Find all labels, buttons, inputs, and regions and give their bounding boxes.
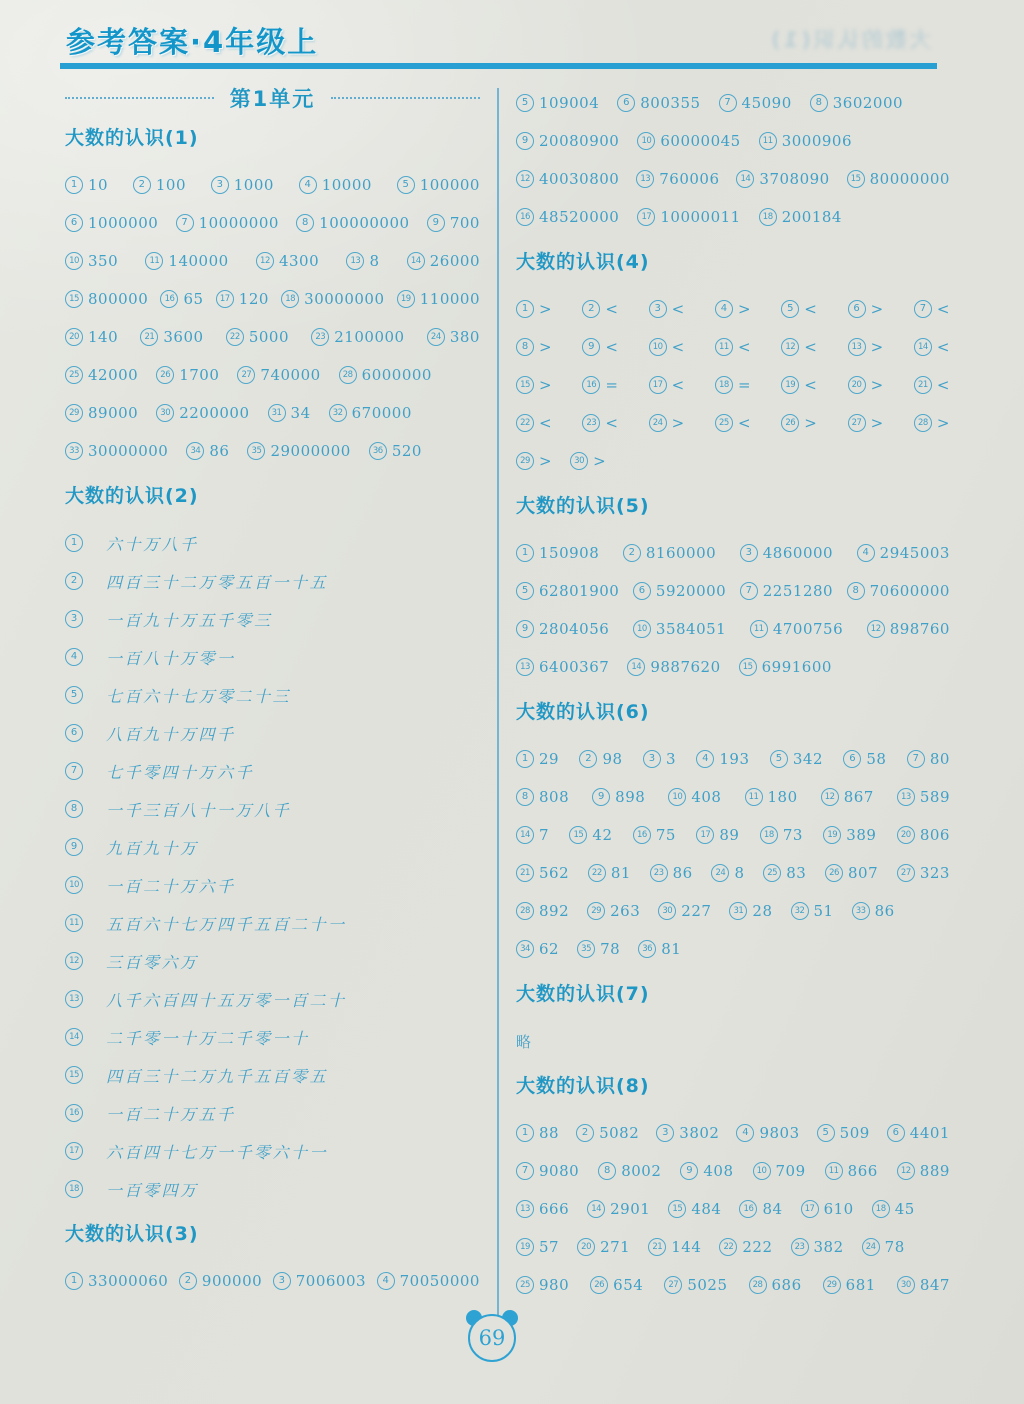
circled-number: 11 [750, 620, 768, 638]
answer-item: 2989000 [65, 404, 138, 422]
answer-value: 389 [846, 826, 876, 844]
circled-number: 7 [516, 1162, 534, 1180]
answer-item: 11< [715, 338, 751, 356]
circled-number: 19 [516, 1238, 534, 1256]
circled-number: 2 [576, 1124, 594, 1142]
circled-number: 25 [516, 1276, 534, 1294]
circled-number: 16 [516, 208, 534, 226]
answer-value: 81 [661, 940, 681, 958]
answer-value: 271 [600, 1238, 630, 1256]
circled-number: 15 [739, 658, 757, 676]
answer-item: 1426000 [407, 252, 480, 270]
circled-number: 34 [186, 442, 204, 460]
answer-item: 10350 [65, 252, 118, 270]
circled-number: 34 [516, 940, 534, 958]
answer-value: > [738, 300, 751, 318]
circled-number: 15 [847, 170, 865, 188]
circled-number: 20 [897, 826, 915, 844]
answer-row: 346235783681 [516, 930, 950, 968]
answer-value: > [539, 300, 552, 318]
answer-value: < [937, 338, 950, 356]
answer-item: 13> [848, 338, 884, 356]
workbook-answer-page: 大数的认识(1) 参考答案·4年级上 第1单元 大数的认识(1)11021003… [0, 0, 1024, 1404]
circled-number: 14 [587, 1200, 605, 1218]
answer-value: 2804056 [539, 620, 609, 638]
answer-row: 188250823380249803550964401 [516, 1114, 950, 1152]
answer-item: 2281 [588, 864, 631, 882]
answer-value: 62 [539, 940, 559, 958]
answer-value: 3000906 [782, 132, 852, 150]
answer-item: 3251 [791, 902, 834, 920]
answer-item: 5< [781, 300, 817, 318]
answer-item: 110 [65, 176, 108, 194]
answer-row: 79080880029408107091186612889 [516, 1152, 950, 1190]
circled-number: 29 [65, 404, 83, 422]
answer-value: < [605, 414, 618, 432]
circled-number: 14 [914, 338, 932, 356]
answer-item: 79080 [516, 1162, 579, 1180]
circled-number: 6 [633, 582, 651, 600]
answer-value: 2945003 [880, 544, 950, 562]
circled-number: 18 [760, 826, 778, 844]
answer-item: 11866 [825, 1162, 878, 1180]
answer-value: > [871, 376, 884, 394]
circled-number: 21 [140, 328, 158, 346]
answer-value: 2901 [610, 1200, 650, 1218]
answer-item: 14< [914, 338, 950, 356]
note-text: 略 [516, 1031, 531, 1052]
chinese-answer-line: 16一百二十万五千 [65, 1094, 480, 1132]
answer-value: > [871, 338, 884, 356]
answer-item: 29263 [587, 902, 640, 920]
answer-value: 五百六十七万四千五百二十一 [106, 912, 347, 935]
answer-value: 78 [600, 940, 620, 958]
answer-value: 20080900 [539, 132, 619, 150]
answer-value: 10000011 [660, 208, 740, 226]
answer-value: 二千零一十万二千零一十 [106, 1026, 310, 1049]
answer-row: 15800000166517120183000000019110000 [65, 280, 480, 318]
answer-value: 109004 [539, 94, 599, 112]
answer-value: 193 [719, 750, 749, 768]
circled-number: 6 [843, 750, 861, 768]
answer-item: 286000000 [339, 366, 432, 384]
circled-number: 25 [65, 366, 83, 384]
answer-item: 26654 [590, 1276, 643, 1294]
circled-number: 24 [862, 1238, 880, 1256]
answer-item: 92804056 [516, 620, 609, 638]
answer-item: 25980 [516, 1276, 569, 1294]
circled-number: 21 [516, 864, 534, 882]
answer-value: 3602000 [833, 94, 903, 112]
circled-number: 8 [516, 338, 534, 356]
answer-value: 7 [539, 826, 549, 844]
circled-number: 24 [649, 414, 667, 432]
answer-item: 19110000 [397, 290, 480, 308]
header-rule [60, 63, 937, 69]
answer-row: 1240030800137600061437080901580000000 [516, 160, 950, 198]
answer-item: 12< [781, 338, 817, 356]
answer-value: 6991600 [762, 658, 832, 676]
answer-value: 75 [656, 826, 676, 844]
circled-number: 27 [237, 366, 255, 384]
answer-value: 2100000 [334, 328, 404, 346]
circled-number: 9 [680, 1162, 698, 1180]
circled-number: 19 [823, 826, 841, 844]
answer-value: 60000045 [660, 132, 740, 150]
answer-item: 27740000 [237, 366, 320, 384]
chinese-answer-line: 13八千六百四十五万零一百二十 [65, 980, 480, 1018]
answer-item: 25082 [576, 1124, 639, 1142]
answer-value: 四百三十二万零五百一十五 [106, 570, 328, 593]
answer-value: 26000 [430, 252, 480, 270]
answer-value: 342 [793, 750, 823, 768]
answer-item: 3462 [516, 940, 559, 958]
dotted-leader-left [65, 97, 214, 99]
answer-item: 920080900 [516, 132, 619, 150]
answer-row: 2989000302200000313432670000 [65, 394, 480, 432]
section-title: 大数的认识(4) [516, 250, 950, 274]
circled-number: 6 [65, 724, 83, 742]
answer-item: 16= [582, 376, 618, 394]
answer-value: 8002 [621, 1162, 661, 1180]
answer-item: 8808 [516, 788, 569, 806]
answer-item: 1240030800 [516, 170, 619, 188]
answer-value: 408 [691, 788, 721, 806]
answer-value: 898760 [890, 620, 950, 638]
answer-row: 1150908281600003486000042945003 [516, 534, 950, 572]
circled-number: 9 [516, 132, 534, 150]
answer-value: 520 [392, 442, 422, 460]
answer-value: > [871, 414, 884, 432]
circled-number: 7 [65, 762, 83, 780]
answer-value: 58 [866, 750, 886, 768]
chinese-answer-line: 18一百零四万 [65, 1170, 480, 1208]
circled-number: 16 [739, 1200, 757, 1218]
answer-item: 11180 [745, 788, 798, 806]
answer-value: 六十万八千 [106, 532, 199, 555]
circled-number: 25 [715, 414, 733, 432]
circled-number: 9 [516, 620, 534, 638]
circled-number: 10 [637, 132, 655, 150]
answer-row: 14715421675178918731938920806 [516, 816, 950, 854]
answer-item: 5509 [817, 1124, 870, 1142]
circled-number: 14 [65, 1028, 83, 1046]
circled-number: 9 [65, 838, 83, 856]
answer-item: 12889 [897, 1162, 950, 1180]
answer-value: 73 [783, 826, 803, 844]
answer-item: 13760006 [636, 170, 719, 188]
circled-number: 33 [65, 442, 83, 460]
answer-item: 8100000000 [296, 214, 409, 232]
answer-item: 22< [516, 414, 552, 432]
answer-row: 13666142901154841684176101845 [516, 1190, 950, 1228]
answer-item: 3330000000 [65, 442, 168, 460]
circled-number: 1 [516, 750, 534, 768]
answer-item: 11140000 [145, 252, 228, 270]
circled-number: 23 [582, 414, 600, 432]
answer-value: 10 [88, 176, 108, 194]
answer-item: 5342 [770, 750, 823, 768]
answer-value: 1700 [179, 366, 219, 384]
circled-number: 11 [759, 132, 777, 150]
circled-number: 26 [825, 864, 843, 882]
unit-title: 第1单元 [230, 83, 316, 113]
answer-row: 1>2<3<4>5<6>7< [516, 290, 950, 328]
answer-value: > [539, 338, 552, 356]
answer-value: 562 [539, 864, 569, 882]
answer-item: 83602000 [810, 94, 903, 112]
answer-item: 147 [516, 826, 549, 844]
answer-value: < [937, 300, 950, 318]
answer-value: 686 [772, 1276, 802, 1294]
answer-row: 8808989810408111801286713589 [516, 778, 950, 816]
answer-item: 15800000 [65, 290, 148, 308]
answer-value: 86 [875, 902, 895, 920]
answer-row: 5109004680035574509083602000 [516, 84, 950, 122]
unit-heading: 第1单元 [65, 84, 480, 112]
answer-item: 3486 [186, 442, 229, 460]
answer-item: 6> [848, 300, 884, 318]
answer-value: 380 [450, 328, 480, 346]
circled-number: 5 [516, 582, 534, 600]
column-divider [497, 88, 499, 1328]
answer-value: 8 [734, 864, 744, 882]
answer-item: 302200000 [156, 404, 249, 422]
answer-item: 1060000045 [637, 132, 740, 150]
answer-item: 88002 [598, 1162, 661, 1180]
answer-value: 180 [768, 788, 798, 806]
answer-value: 6400367 [539, 658, 609, 676]
answer-item: 1845 [872, 1200, 915, 1218]
answer-item: 10709 [753, 1162, 806, 1180]
circled-number: 8 [598, 1162, 616, 1180]
answer-item: 1> [516, 300, 552, 318]
circled-number: 28 [339, 366, 357, 384]
circled-number: 12 [867, 620, 885, 638]
answer-value: 81 [611, 864, 631, 882]
answer-value: 866 [848, 1162, 878, 1180]
answer-value: 3 [666, 750, 676, 768]
answer-row: 288922926330227312832513386 [516, 892, 950, 930]
answer-item: 21144 [648, 1238, 701, 1256]
answer-item: 2583 [763, 864, 806, 882]
answer-value: 三百零六万 [106, 950, 199, 973]
answer-item: 1873 [760, 826, 803, 844]
answer-item: 33 [643, 750, 676, 768]
answer-value: 7006003 [296, 1272, 366, 1290]
answer-value: 一百二十万六千 [106, 874, 236, 897]
answer-value: 10000000 [199, 214, 279, 232]
answer-value: 28 [752, 902, 772, 920]
answer-item: 275025 [664, 1276, 727, 1294]
circled-number: 4 [377, 1272, 395, 1290]
circled-number: 12 [781, 338, 799, 356]
answer-value: 654 [613, 1276, 643, 1294]
answer-item: 22222 [719, 1238, 772, 1256]
circled-number: 32 [329, 404, 347, 422]
answer-value: 800355 [640, 94, 700, 112]
circled-number: 15 [668, 1200, 686, 1218]
circled-number: 5 [817, 1124, 835, 1142]
circled-number: 11 [745, 788, 763, 806]
circled-number: 17 [637, 208, 655, 226]
circled-number: 1 [65, 176, 83, 194]
answer-item: 72251280 [740, 582, 833, 600]
answer-value: > [593, 452, 606, 470]
section-title: 大数的认识(7) [516, 982, 950, 1006]
answer-value: 29 [539, 750, 559, 768]
section-title: 大数的认识(5) [516, 494, 950, 518]
answer-value: < [738, 414, 751, 432]
circled-number: 13 [346, 252, 364, 270]
dotted-leader-right [331, 97, 480, 99]
circled-number: 10 [668, 788, 686, 806]
answer-row: 9200809001060000045113000906 [516, 122, 950, 160]
answer-value: 2200000 [179, 404, 249, 422]
answer-item: 1580000000 [847, 170, 950, 188]
circled-number: 7 [740, 582, 758, 600]
answer-item: 103584051 [633, 620, 726, 638]
answer-value: 5000 [249, 328, 289, 346]
answer-row: 136400367149887620156991600 [516, 648, 950, 686]
answer-item: 28160000 [623, 544, 716, 562]
answer-row: 29>30> [516, 442, 950, 480]
chinese-answer-line: 17六百四十七万一千零六十一 [65, 1132, 480, 1170]
answer-item: 745090 [719, 94, 792, 112]
answer-item: 9< [582, 338, 618, 356]
answer-item: 49803 [736, 1124, 799, 1142]
answer-value: 86 [673, 864, 693, 882]
answer-value: 七千零四十万六千 [106, 760, 254, 783]
circled-number: 25 [763, 864, 781, 882]
circled-number: 29 [516, 452, 534, 470]
answer-item: 3< [649, 300, 685, 318]
answer-value: 867 [844, 788, 874, 806]
answer-row: 215622281238624825832680727323 [516, 854, 950, 892]
answer-value: 9080 [539, 1162, 579, 1180]
answer-value: 88 [539, 1124, 559, 1142]
circled-number: 30 [570, 452, 588, 470]
answer-item: 29> [516, 452, 552, 470]
answer-row: 254200026170027740000286000000 [65, 356, 480, 394]
answer-value: 八千六百四十五万零一百二十 [106, 988, 347, 1011]
answer-item: 6800355 [617, 94, 700, 112]
bleed-through-ghost-text: 大数的认识(1) [768, 24, 931, 54]
answer-item: 1150908 [516, 544, 599, 562]
answer-item: 5109004 [516, 94, 599, 112]
answer-item: 1957 [516, 1238, 559, 1256]
answer-value: 8160000 [646, 544, 716, 562]
circled-number: 12 [256, 252, 274, 270]
answer-item: 5100000 [397, 176, 480, 194]
circled-number: 19 [781, 376, 799, 394]
answer-item: 10< [649, 338, 685, 356]
circled-number: 2 [65, 572, 83, 590]
circled-number: 1 [516, 1124, 534, 1142]
section-title: 大数的认识(1) [65, 126, 480, 150]
chinese-answer-line: 14二千零一十万二千零一十 [65, 1018, 480, 1056]
answer-item: 12867 [821, 788, 874, 806]
answer-item: 27> [848, 414, 884, 432]
answer-item: 149887620 [627, 658, 720, 676]
answer-value: < [672, 300, 685, 318]
circled-number: 11 [825, 1162, 843, 1180]
circled-number: 29 [587, 902, 605, 920]
circled-number: 15 [65, 1066, 83, 1084]
answer-item: 248 [711, 864, 744, 882]
answer-item: 870600000 [847, 582, 950, 600]
chinese-answer-line: 8一千三百八十一万八千 [65, 790, 480, 828]
answer-item: 114700756 [750, 620, 843, 638]
answer-value: 89 [719, 826, 739, 844]
answer-item: 3578 [577, 940, 620, 958]
answer-item: 9700 [427, 214, 480, 232]
circled-number: 27 [664, 1276, 682, 1294]
circled-number: 28 [914, 414, 932, 432]
answer-row: 22<23<24>25<26>27>28> [516, 404, 950, 442]
circled-number: 4 [715, 300, 733, 318]
circled-number: 10 [65, 252, 83, 270]
circled-number: 6 [848, 300, 866, 318]
page-number-badge: 69 [468, 1314, 516, 1362]
answer-value: 八百九十万四千 [106, 722, 236, 745]
answer-value: > [539, 376, 552, 394]
answer-item: 562801900 [516, 582, 619, 600]
answer-row: 1102100310004100005100000 [65, 166, 480, 204]
circled-number: 4 [736, 1124, 754, 1142]
circled-number: 13 [897, 788, 915, 806]
answer-row: 2598026654275025286862968130847 [516, 1266, 950, 1304]
answer-item: 17< [649, 376, 685, 394]
circled-number: 35 [247, 442, 265, 460]
answer-item: 18200184 [759, 208, 842, 226]
chinese-answer-line: 4一百八十万零一 [65, 638, 480, 676]
answer-row: 1292983341935342658780 [516, 740, 950, 778]
answer-item: 13589 [897, 788, 950, 806]
answer-value: 51 [814, 902, 834, 920]
answer-item: 3386 [852, 902, 895, 920]
chinese-answer-line: 12三百零六万 [65, 942, 480, 980]
answer-value: 670000 [352, 404, 412, 422]
circled-number: 10 [633, 620, 651, 638]
answer-value: 760006 [659, 170, 719, 188]
answer-value: 589 [920, 788, 950, 806]
answer-item: 8> [516, 338, 552, 356]
answer-value: < [539, 414, 552, 432]
circled-number: 13 [516, 658, 534, 676]
answer-value: 898 [615, 788, 645, 806]
answer-row: 15>16=17<18=19<20>21< [516, 366, 950, 404]
chinese-answer-line: 7七千零四十万六千 [65, 752, 480, 790]
circled-number: 10 [753, 1162, 771, 1180]
answer-item: 470050000 [377, 1272, 480, 1290]
circled-number: 17 [696, 826, 714, 844]
answer-value: < [937, 376, 950, 394]
circled-number: 8 [516, 788, 534, 806]
answer-value: 666 [539, 1200, 569, 1218]
answer-item: 1830000000 [281, 290, 384, 308]
answer-value: 847 [920, 1276, 950, 1294]
answer-item: 36520 [369, 442, 422, 460]
answer-value: 70600000 [870, 582, 950, 600]
answer-value: 70050000 [400, 1272, 480, 1290]
answer-value: 806 [920, 826, 950, 844]
answer-value: 263 [610, 902, 640, 920]
answer-row: 1957202712114422222233822478 [516, 1228, 950, 1266]
circled-number: 26 [781, 414, 799, 432]
circled-number: 21 [914, 376, 932, 394]
answer-item: 23< [582, 414, 618, 432]
